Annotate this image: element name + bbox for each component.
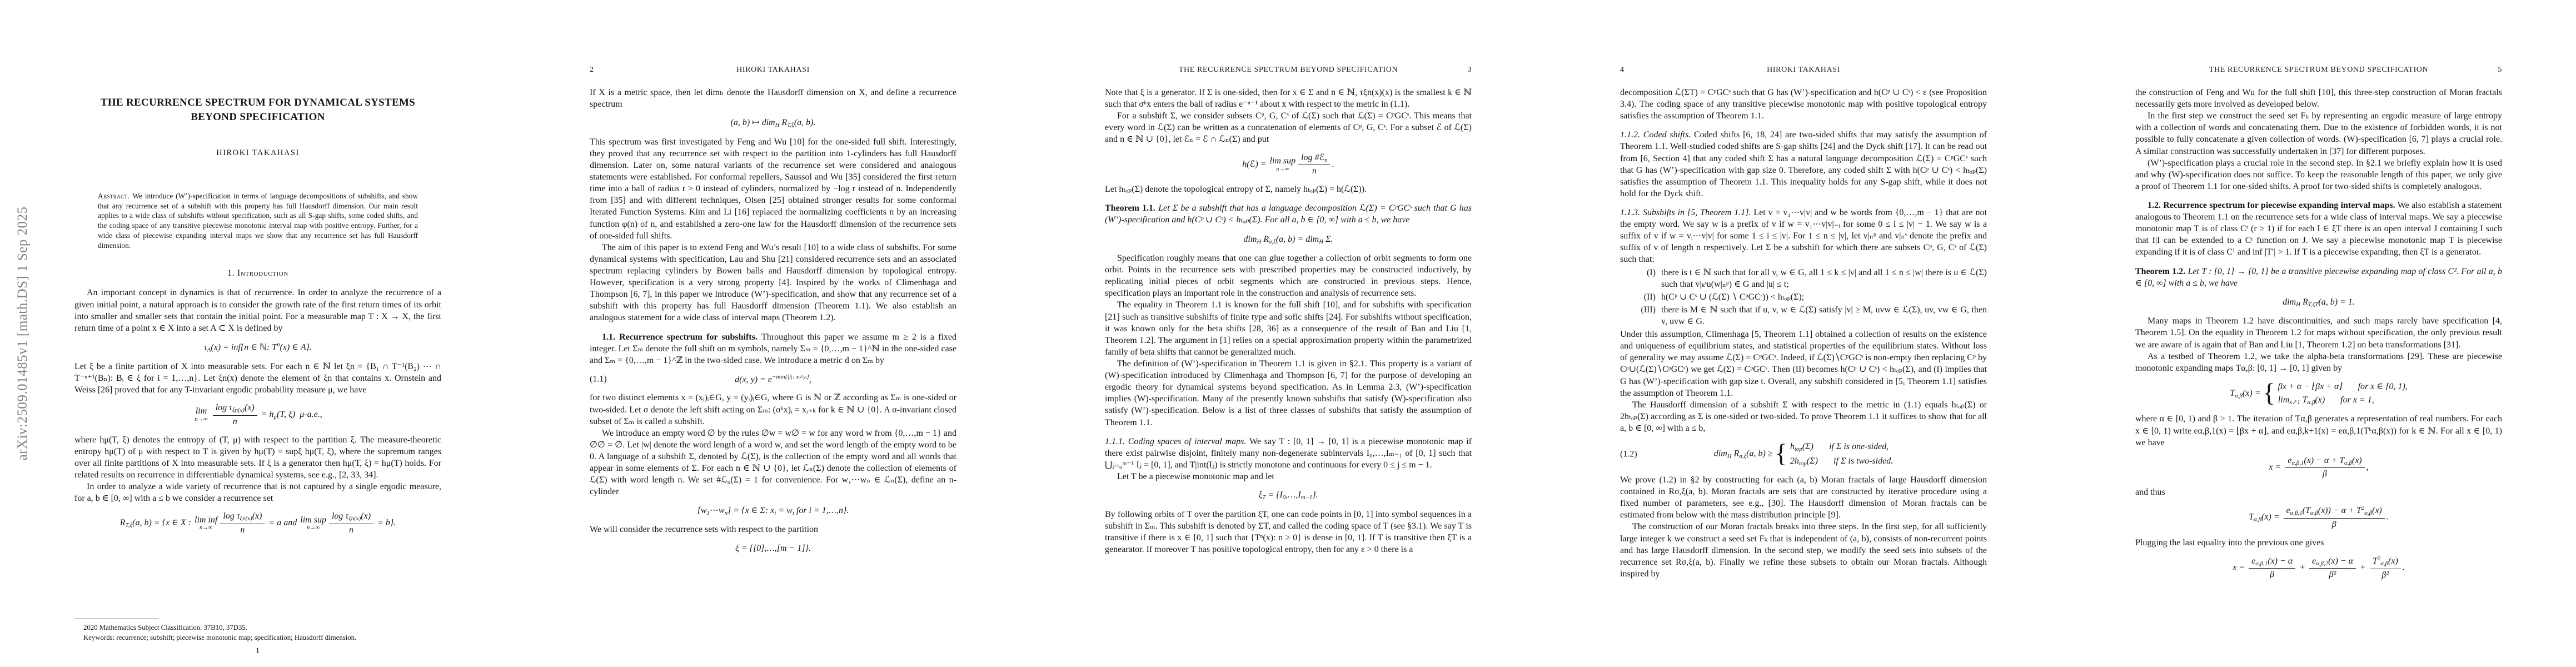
subscript: α,β [2308, 399, 2315, 406]
case-condition: for x = 1, [2340, 394, 2374, 406]
page-number: 4 [1620, 66, 1642, 74]
subscript: α,β [2254, 516, 2261, 523]
subscript: μ [274, 414, 277, 420]
formula-content: dimH RT,ξT(a, b) = 1. [2283, 296, 2355, 308]
page-3: THE RECURRENCE SPECTRUM BEYOND SPECIFICA… [1030, 0, 1546, 667]
block-para: Plugging the last equality into the prev… [2135, 537, 2502, 549]
block-para: Let T be a piecewise monotonic map and l… [1105, 471, 1472, 482]
operator: lim sup [300, 516, 326, 525]
block-para: In the first step we construct the seed … [2135, 110, 2502, 157]
title-line: BEYOND SPECIFICATION [74, 110, 441, 125]
block-para: Specification roughly means that one can… [1105, 252, 1472, 299]
formula-content: ξ = {[0],…,[m − 1]}. [735, 542, 811, 554]
paper-canvas: { "watermark": "arXiv:2509.01485v1 [math… [0, 0, 2576, 667]
subscript: i [774, 510, 776, 516]
fraction: T2α,β(x)β² [2370, 555, 2401, 581]
page-number [1105, 66, 1127, 74]
block-para: As a testbed of Theorem 1.2, we take the… [2135, 351, 2502, 374]
block-formula: [w1⋯wn] = {x ∈ Σ: xi = wi for i = 1,…,n}… [590, 504, 956, 517]
block-para: Let hₜₒₚ(Σ) denote the topological entro… [1105, 183, 1472, 195]
subscript: T,ξT [2308, 301, 2319, 308]
fraction: eα,β,1(Tα,β(x)) − α + T2α,β(x)β [2284, 505, 2385, 530]
block-para: For a subshift Σ, we consider subsets Cᵖ… [1105, 110, 1472, 145]
limit-subscript: n→∞ [195, 416, 207, 422]
block-formula: Tα,β(x) = eα,β,1(Tα,β(x)) − α + T2α,β(x)… [2135, 505, 2502, 530]
page-1-body: THE RECURRENCE SPECTRUM FOR DYNAMICAL SY… [74, 96, 441, 542]
block-para: We introduce an empty word ∅ by the rule… [590, 427, 956, 498]
subscript: α,β,1 [2255, 560, 2268, 567]
block-formula: limn→∞ log τξn(x)(x)n = hμ(T, ξ) μ-a.e., [74, 402, 441, 427]
item-label: (II) [1620, 291, 1661, 303]
block-formula: (a, b) ↦ dimH RT,ξ(a, b). [590, 117, 956, 130]
page-3-body: Note that ξ is a generator. If Σ is one-… [1105, 87, 1472, 555]
subscript: α,β [2380, 560, 2388, 567]
block-para: Under this assumption, Climenhaga [5, Th… [1620, 328, 1987, 399]
block-theorem: Theorem 1.2. Let T : [0, 1] → [0, 1] be … [2135, 266, 2502, 289]
brace-icon: { [1775, 443, 1787, 465]
case-expression: βx + α − ⌊βx + α⌋ [2278, 381, 2343, 392]
block-para: An important concept in dynamics is that… [74, 287, 441, 333]
running-header: 2 HIROKI TAKAHASI [590, 66, 956, 74]
block-para: Let ξ be a finite partition of X into me… [74, 361, 441, 396]
page-2-body: If X is a metric space, then let dimₕ de… [590, 87, 956, 561]
block-para: 1.2. Recurrence spectrum for piecewise e… [2135, 200, 2502, 258]
cases-row: htop(Σ)if Σ is one-sided, [1790, 441, 1893, 453]
block-para: the construction of Feng and Wu for the … [2135, 87, 2502, 110]
formula-content: d(x, y) = e−min{|i|: xᵢ≠yᵢ}, [735, 373, 811, 386]
subscript: α,β [2344, 460, 2352, 466]
footnote-keywords: Keywords: recurrence; subshift; piecewis… [74, 633, 441, 643]
theorem-statement: Let Σ be a subshift that has a language … [1105, 203, 1472, 225]
cases-row: limx↗1 Tα,β(x)for x = 1, [2278, 394, 2408, 406]
block-item: (II)h(Cᵖ ∪ Cˢ ∪ (ℒ(Σ) ∖ CᵖGCˢ)) < hₜₒₚ(Σ… [1620, 291, 1987, 303]
abstract-label: Abstract. [98, 192, 132, 200]
numerator: log τξn(x)(x) [329, 511, 373, 524]
subscript: H [1727, 453, 1732, 460]
operator: lim inf [195, 516, 217, 525]
block-title: THE RECURRENCE SPECTRUM FOR DYNAMICAL SY… [74, 96, 441, 125]
page-4-body: decomposition ℒ(ΣT) = CᵖGCˢ such that G … [1620, 87, 1987, 580]
page-number [1965, 66, 1987, 74]
block-para: 1.1.3. Subshifts in [5, Theorem 1.1]. Le… [1620, 207, 1987, 266]
subscript: H [1257, 238, 1261, 245]
item-label: (III) [1620, 304, 1661, 327]
block-formula: (1.1)d(x, y) = e−min{|i|: xᵢ≠yᵢ}, [590, 373, 956, 386]
subscript: H [775, 122, 780, 128]
formula-content: dimH Rσ,ξ(a, b) ≥ {htop(Σ)if Σ is one-si… [1714, 441, 1893, 467]
page-number [2135, 66, 2158, 74]
footnote: 2020 Mathematics Subject Classification.… [74, 619, 441, 643]
block-section: 1. Introduction [74, 267, 441, 279]
block-para: We will consider the recurrence sets wit… [590, 524, 956, 535]
subsubsection-label: 1.1.3. Subshifts in [5, Theorem 1.1]. [1620, 208, 1753, 217]
block-para: 1.1.1. Coding spaces of interval maps. W… [1105, 436, 1472, 471]
limit-operator: lim infn→∞ [195, 516, 217, 531]
block-abstract: Abstract. We introduce (W’)-specificatio… [98, 191, 418, 251]
subscript: ξn(x) [348, 515, 361, 522]
block-para: This spectrum was first investigated by … [590, 136, 956, 242]
numerator: eα,β,1(Tα,β(x)) − α + T2α,β(x) [2284, 505, 2385, 519]
equation-number: (1.1) [590, 374, 607, 385]
block-para: for two distinct elements x = (xᵢ)ᵢ∈G, y… [590, 392, 956, 427]
formula-content: x = eα,β,1(x) − αβ + eα,β,2(x) − αβ² + T… [2233, 555, 2405, 581]
page-number: 1 [0, 646, 515, 656]
superscript: −min{|i|: xᵢ≠yᵢ} [772, 374, 809, 380]
limit-subscript: n→∞ [1269, 166, 1296, 172]
fraction: log τξn(x)(x)n [213, 402, 257, 427]
subscript: σ,ξ [1739, 453, 1746, 460]
formula-content: Tα,β(x) = {βx + α − ⌊βx + α⌋for x ∈ [0, … [2230, 381, 2408, 407]
subscript: 0 [1283, 494, 1285, 501]
cases: {βx + α − ⌊βx + α⌋for x ∈ [0, 1),limx↗1 … [2263, 381, 2408, 407]
denominator: n [1298, 165, 1331, 177]
block-item: (I)there is t ∈ ℕ such that for all v, w… [1620, 267, 1987, 290]
fraction: log τξn(x)(x)n [220, 511, 265, 536]
title-line: THE RECURRENCE SPECTRUM FOR DYNAMICAL SY… [74, 96, 441, 110]
cases-row: βx + α − ⌊βx + α⌋for x ∈ [0, 1), [2278, 381, 2408, 392]
page-1: arXiv:2509.01485v1 [math.DS] 1 Sep 2025 … [0, 0, 515, 667]
block-formula: dimH Rσ,ξ(a, b) = dimH Σ. [1105, 233, 1472, 246]
formula-content: (a, b) ↦ dimH RT,ξ(a, b). [731, 117, 816, 129]
running-title: HIROKI TAKAHASI [1642, 66, 1965, 74]
block-para: 1.1.2. Coded shifts. Coded shifts [6, 18… [1620, 129, 1987, 200]
denominator: β [2285, 468, 2364, 480]
subscript: n [1324, 157, 1327, 163]
denominator: β² [2309, 569, 2356, 580]
block-author: HIROKI TAKAHASI [74, 148, 441, 158]
running-title: THE RECURRENCE SPECTRUM BEYOND SPECIFICA… [1127, 66, 1449, 74]
subsection-label: 1.2. Recurrence spectrum for piecewise e… [2148, 201, 2398, 210]
page-number: 5 [2480, 66, 2502, 74]
case-condition: if Σ is one-sided, [1829, 441, 1889, 453]
subscript: A [207, 346, 211, 353]
page-4: 4 HIROKI TAKAHASI decomposition ℒ(ΣT) = … [1546, 0, 2061, 667]
denominator: β [2249, 569, 2295, 580]
formula-content: τA(x) = inf{n ∈ ℕ: Tn(x) ∈ A}. [204, 341, 312, 354]
fraction: eα,β,1(x) − αβ [2249, 556, 2295, 581]
subscript: 1 [706, 510, 709, 516]
block-formula: h(ℰ) = lim supn→∞log #ℰnn. [1105, 152, 1472, 177]
subscript: ξn(x) [240, 515, 252, 522]
subscript: σ,ξ [1269, 238, 1276, 245]
subscript: n [725, 510, 728, 516]
denominator: n [329, 524, 373, 536]
cases: {htop(Σ)if Σ is one-sided,2htop(Σ)if Σ i… [1775, 441, 1894, 467]
fraction: eα,β,2(x) − αβ² [2309, 556, 2356, 581]
subsection-label: 1.1. Recurrence spectrum for subshifts. [602, 332, 761, 342]
theorem-statement: Let T : [0, 1] → [0, 1] be a transitive … [2135, 267, 2502, 288]
block-formula: ξ = {[0],…,[m − 1]}. [590, 542, 956, 554]
block-para: The Hausdorff dimension of a subshift Σ … [1620, 399, 1987, 434]
limit-subscript: n→∞ [195, 525, 217, 531]
running-header: 4 HIROKI TAKAHASI [1620, 66, 1987, 74]
running-header: THE RECURRENCE SPECTRUM BEYOND SPECIFICA… [2135, 66, 2502, 74]
limit-operator: lim supn→∞ [300, 516, 326, 531]
limit-operator: limn→∞ [195, 407, 207, 422]
subsubsection-label: 1.1.2. Coded shifts. [1620, 130, 1694, 140]
block-para: where α ∈ [0, 1) and β > 1. The iteratio… [2135, 413, 2502, 448]
numerator: eα,β,1(x) − α [2249, 556, 2295, 569]
block-formula: (1.2)dimH Rσ,ξ(a, b) ≥ {htop(Σ)if Σ is o… [1620, 441, 1987, 467]
case-expression: limx↗1 Tα,β(x) [2278, 394, 2325, 406]
block-para: By following orbits of T over the partit… [1105, 509, 1472, 555]
formula-content: x = eα,β,1(x) − α + Tα,β(x)β, [2269, 455, 2368, 480]
equation-number: (1.2) [1620, 448, 1637, 460]
page-2: 2 HIROKI TAKAHASI If X is a metric space… [515, 0, 1030, 667]
block-formula: RT,ξ(a, b) = {x ∈ X : lim infn→∞log τξn(… [74, 511, 441, 536]
running-header: THE RECURRENCE SPECTRUM BEYOND SPECIFICA… [1105, 66, 1472, 74]
case-expression: htop(Σ) [1790, 441, 1813, 453]
block-formula: x = eα,β,1(x) − αβ + eα,β,2(x) − αβ² + T… [2135, 555, 2502, 581]
subscript: T,ξ [126, 522, 133, 529]
subscript: top [1795, 446, 1802, 452]
limit-operator: lim supn→∞ [1269, 157, 1296, 172]
case-expression: 2htop(Σ) [1790, 455, 1818, 467]
formula-content: ξT = {I0,…,Im−1}. [1258, 489, 1318, 501]
subscript: α,β [2310, 510, 2318, 517]
block-para: The definition of (W’)-specification in … [1105, 358, 1472, 429]
denominator: n [220, 524, 265, 536]
formula-content: [w1⋯wn] = {x ∈ Σ: xi = wi for i = 1,…,n}… [697, 505, 849, 517]
formula-content: h(ℰ) = lim supn→∞log #ℰnn. [1242, 152, 1334, 177]
fraction: eα,β,1(x) − α + Tα,β(x)β [2285, 455, 2364, 480]
block-para: and thus [2135, 486, 2502, 498]
fraction: log τξn(x)(x)n [329, 511, 373, 536]
numerator: T2α,β(x) [2370, 555, 2401, 569]
block-formula: τA(x) = inf{n ∈ ℕ: Tn(x) ∈ A}. [74, 341, 441, 354]
page-number: 3 [1449, 66, 1472, 74]
block-para: Many maps in Theorem 1.2 have discontinu… [2135, 315, 2502, 350]
theorem-label: Theorem 1.1. [1105, 203, 1158, 213]
block-para: The equality in Theorem 1.1 is known for… [1105, 299, 1472, 358]
item-text: there is t ∈ ℕ such that for all v, w ∈ … [1661, 267, 1987, 290]
subscript: ξn(x) [232, 407, 245, 414]
numerator: eα,β,1(x) − α + Tα,β(x) [2285, 455, 2364, 469]
page-number [934, 66, 956, 74]
block-para: If X is a metric space, then let dimₕ de… [590, 87, 956, 110]
arxiv-watermark: arXiv:2509.01485v1 [math.DS] 1 Sep 2025 [15, 204, 31, 463]
subscript: α,β,1 [2291, 460, 2304, 466]
block-formula: x = eα,β,1(x) − α + Tα,β(x)β, [2135, 455, 2502, 480]
block-item: (III)there is M ∈ ℕ such that if u, v, w… [1620, 304, 1987, 327]
subscript: T [1262, 494, 1265, 501]
operator: lim sup [1269, 157, 1296, 166]
subscript: T,ξ [787, 122, 794, 128]
denominator: β [2284, 519, 2385, 530]
limit-subscript: n→∞ [300, 525, 326, 531]
formula-content: RT,ξ(a, b) = {x ∈ X : lim infn→∞log τξn(… [120, 511, 396, 536]
subscript: i [793, 510, 794, 516]
theorem-label: Theorem 1.2. [2135, 267, 2188, 276]
denominator: n [213, 416, 257, 427]
numerator: log τξn(x)(x) [213, 402, 257, 416]
page-number: 2 [590, 66, 612, 74]
denominator: β² [2370, 569, 2401, 581]
page-5-body: the construction of Feng and Wu for the … [2135, 87, 2502, 588]
subscript: H [1319, 238, 1323, 245]
operator: lim [195, 407, 207, 416]
footnote-rule [74, 619, 159, 619]
running-title: THE RECURRENCE SPECTRUM BEYOND SPECIFICA… [2158, 66, 2480, 74]
case-condition: for x ∈ [0, 1), [2358, 381, 2408, 392]
block-para: In order to analyze a wide variety of re… [74, 481, 441, 504]
subscript: α,β [2235, 392, 2243, 399]
block-para: (W’)-specification plays a crucial role … [2135, 157, 2502, 192]
item-text: there is M ∈ ℕ such that if u, v, w ∈ ℒ(… [1661, 304, 1987, 327]
numerator: eα,β,2(x) − α [2309, 556, 2356, 569]
block-para: Note that ξ is a generator. If Σ is one-… [1105, 87, 1472, 110]
subscript: top [1799, 460, 1807, 467]
subscript: α,β,2 [2316, 560, 2328, 567]
numerator: log #ℰn [1298, 152, 1331, 166]
block-para: decomposition ℒ(ΣT) = CᵖGCˢ such that G … [1620, 87, 1987, 122]
formula-content: Tα,β(x) = eα,β,1(Tα,β(x)) − α + T2α,β(x)… [2249, 505, 2389, 530]
formula-content: limn→∞ log τξn(x)(x)n = hμ(T, ξ) μ-a.e., [193, 402, 322, 427]
footnote-classification: 2020 Mathematics Subject Classification.… [74, 623, 441, 633]
item-label: (I) [1620, 267, 1661, 290]
running-title: HIROKI TAKAHASI [612, 66, 934, 74]
cases-row: 2htop(Σ)if Σ is two-sided. [1790, 455, 1893, 467]
block-para: where hμ(T, ξ) denotes the entropy of (T… [74, 434, 441, 481]
block-para: We prove (1.2) in §2 by constructing for… [1620, 474, 1987, 521]
subscript: m−1 [1301, 494, 1313, 501]
block-para: 1.1. Recurrence spectrum for subshifts. … [590, 331, 956, 366]
superscript: n [277, 341, 280, 348]
block-formula: ξT = {I0,…,Im−1}. [1105, 489, 1472, 502]
block-theorem: Theorem 1.1. Let Σ be a subshift that ha… [1105, 202, 1472, 226]
page-5: THE RECURRENCE SPECTRUM BEYOND SPECIFICA… [2061, 0, 2576, 667]
subscript: α,β,1 [2290, 510, 2303, 517]
item-text: h(Cᵖ ∪ Cˢ ∪ (ℒ(Σ) ∖ CᵖGCˢ)) < hₜₒₚ(Σ); [1661, 291, 1987, 303]
cases-rows: βx + α − ⌊βx + α⌋for x ∈ [0, 1),limx↗1 T… [2278, 381, 2408, 407]
subscript: α,β [2364, 510, 2372, 517]
numerator: log τξn(x)(x) [220, 511, 265, 524]
block-para: The construction of our Moran fractals b… [1620, 521, 1987, 580]
fraction: log #ℰnn [1298, 152, 1331, 177]
subscript: x↗1 [2289, 399, 2300, 406]
block-para: The aim of this paper is to extend Feng … [590, 242, 956, 324]
brace-icon: { [2263, 382, 2275, 404]
subscript: H [2296, 301, 2300, 308]
cases-rows: htop(Σ)if Σ is one-sided,2htop(Σ)if Σ is… [1790, 441, 1893, 467]
subsubsection-label: 1.1.1. Coding spaces of interval maps. [1105, 437, 1249, 446]
block-formula: Tα,β(x) = {βx + α − ⌊βx + α⌋for x ∈ [0, … [2135, 381, 2502, 407]
case-condition: if Σ is two-sided. [1833, 455, 1893, 467]
block-formula: dimH RT,ξT(a, b) = 1. [2135, 296, 2502, 309]
formula-content: dimH Rσ,ξ(a, b) = dimH Σ. [1243, 233, 1333, 246]
